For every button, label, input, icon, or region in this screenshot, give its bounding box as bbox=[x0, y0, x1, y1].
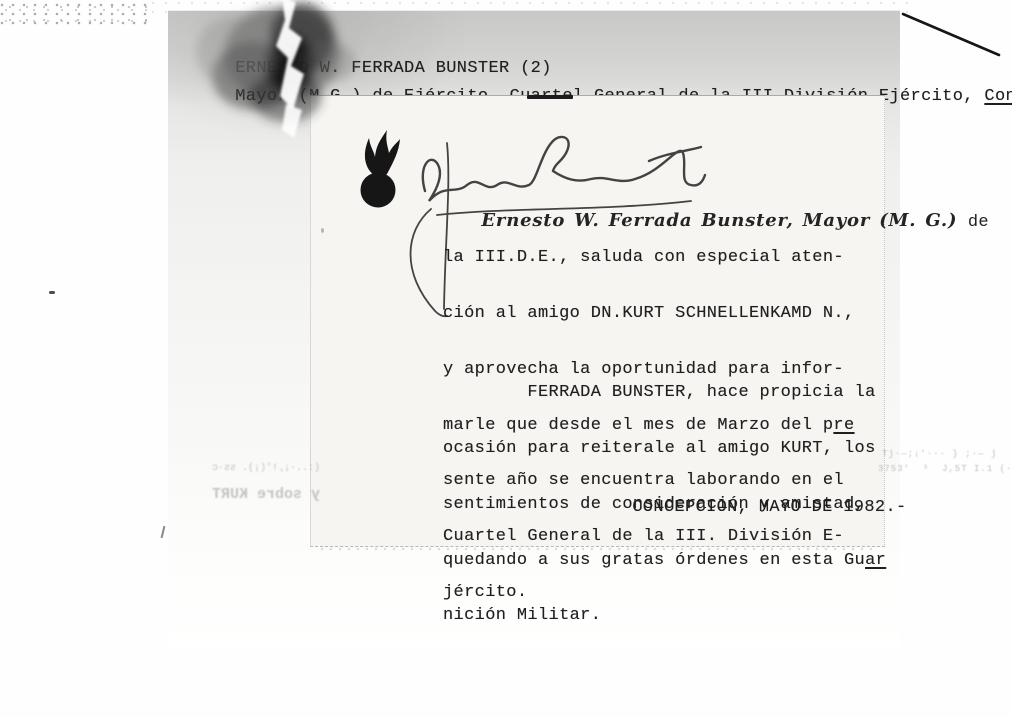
ink-blot bbox=[190, 0, 370, 144]
date-text: CONCEPCION, MAYO DE 1982.- bbox=[632, 498, 906, 517]
date-line: CONCEPCION, MAYO DE 1982.- bbox=[590, 480, 907, 536]
margin-note: Tj·—;¡'··· } ;·— j bbox=[882, 449, 997, 459]
bleedthrough-text: (:..·¡,!'(¡). ss·c bbox=[180, 463, 320, 474]
body-line: ción al amigo DN.KURT SCHNELLENKAMD N., bbox=[443, 305, 855, 324]
body-line-text: nición Militar. bbox=[443, 606, 601, 625]
stray-mark bbox=[161, 526, 166, 538]
body-line-text: quedando a sus gratas órdenes en esta Gu bbox=[443, 551, 865, 570]
body-line: FERRADA BUNSTER, hace propicia la bbox=[443, 384, 886, 403]
body-line: quedando a sus gratas órdenes en esta Gu… bbox=[443, 552, 886, 571]
scan-speckle-band bbox=[0, 3, 150, 27]
margin-note: 3753' ³ J,5T I.1 (·´¨ * bbox=[878, 464, 1012, 474]
body-line-text: ocasión para reiterale al amigo KURT, lo… bbox=[443, 439, 876, 458]
scanned-document: ERNESTO W. FERRADA BUNSTER (2) Mayor (M.… bbox=[0, 0, 1012, 717]
underlined-syllable: ar bbox=[865, 551, 886, 570]
body-line-text: ción al amigo DN.KURT SCHNELLENKAMD N., bbox=[443, 304, 855, 323]
stray-mark bbox=[49, 291, 55, 294]
header-role-underlined: Concepció bbox=[984, 87, 1012, 106]
body-line: la III.D.E., saluda con especial aten- bbox=[443, 249, 855, 268]
page-corner-line bbox=[900, 10, 1006, 60]
body-line: ocasión para reiterale al amigo KURT, lo… bbox=[443, 440, 886, 459]
body-line-text: FERRADA BUNSTER, hace propicia la bbox=[443, 383, 876, 402]
stray-mark bbox=[321, 228, 324, 233]
card-top-mark bbox=[527, 95, 573, 99]
salutation-suffix: de bbox=[957, 213, 989, 232]
body-line: nición Militar. bbox=[443, 607, 886, 626]
body-line-text: la III.D.E., saluda con especial aten- bbox=[443, 248, 844, 267]
bleedthrough-text: y sobre KURT bbox=[188, 486, 320, 503]
